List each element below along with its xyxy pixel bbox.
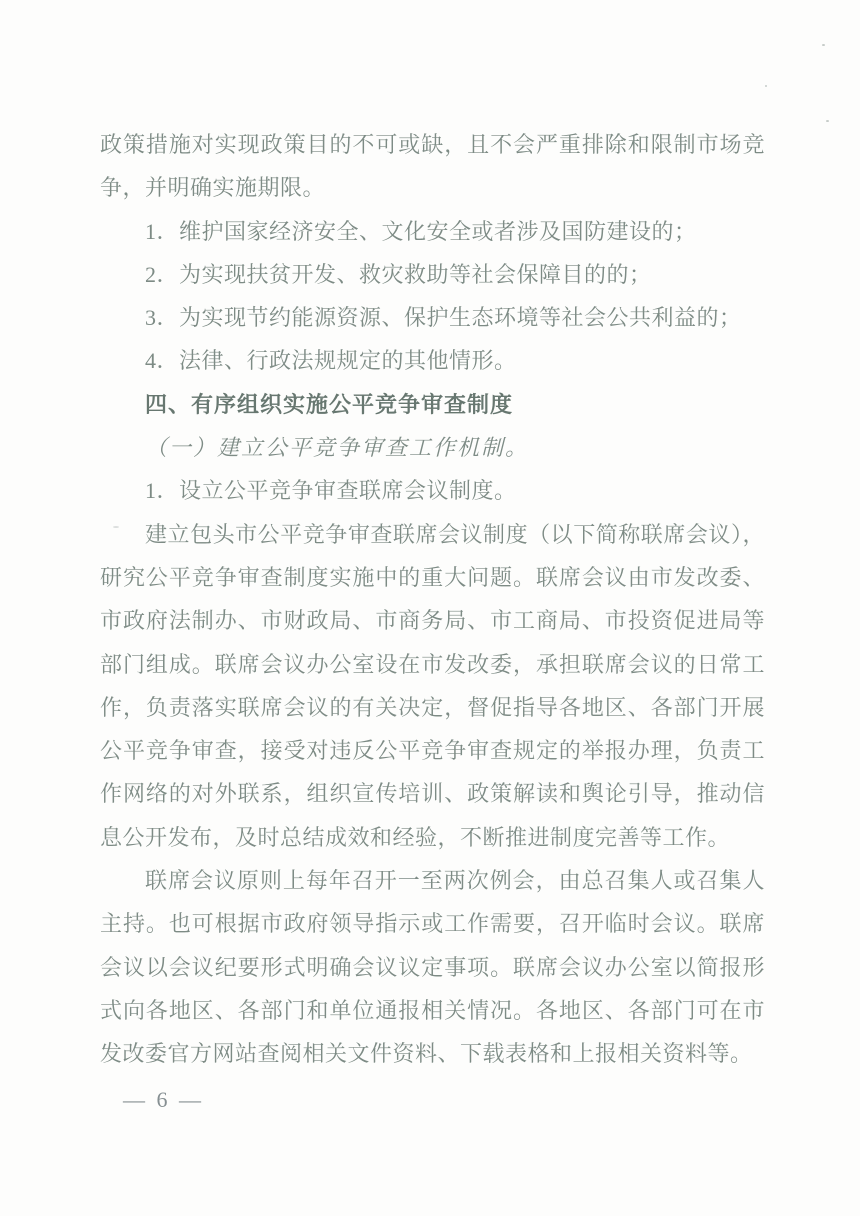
body-line: 作网络的对外联系，组织宣传培训、政策解读和舆论引导，推动信 <box>100 772 765 815</box>
body-line: 会议以会议纪要形式明确会议议定事项。联席会议办公室以简报形 <box>100 946 765 989</box>
body-line: 政策措施对实现政策目的不可或缺，且不会严重排除和限制市场竞 <box>100 123 765 166</box>
body-line: 发改委官方网站查阅相关文件资料、下载表格和上报相关资料等。 <box>100 1032 765 1075</box>
body-line: 作，负责落实联席会议的有关决定，督促指导各地区、各部门开展 <box>100 686 765 729</box>
page-number: — 6 — <box>123 1085 204 1115</box>
numbered-item: 2．为实现扶贫开发、救灾救助等社会保障目的的； <box>100 253 765 296</box>
body-line: 联席会议原则上每年召开一至两次例会，由总召集人或召集人 <box>100 859 765 902</box>
numbered-item: 1．维护国家经济安全、文化安全或者涉及国防建设的； <box>100 210 765 253</box>
body-line: 建立包头市公平竞争审查联席会议制度（以下简称联席会议）， <box>100 513 765 556</box>
body-line: 研究公平竞争审查制度实施中的重大问题。联席会议由市发改委、 <box>100 556 765 599</box>
numbered-item: 1．设立公平竞争审查联席会议制度。 <box>100 469 765 512</box>
body-line: 式向各地区、各部门和单位通报相关情况。各地区、各部门可在市 <box>100 989 765 1032</box>
body-line: 主持。也可根据市政府领导指示或工作需要，召开临时会议。联席 <box>100 902 765 945</box>
numbered-item: 4．法律、行政法规规定的其他情形。 <box>100 339 765 382</box>
scan-speckle <box>765 85 767 87</box>
subsection-heading: （一）建立公平竞争审查工作机制。 <box>100 426 765 469</box>
document-text-block: 政策措施对实现政策目的不可或缺，且不会严重排除和限制市场竞争，并明确实施期限。1… <box>100 123 765 1076</box>
scanned-document-page: 政策措施对实现政策目的不可或缺，且不会严重排除和限制市场竞争，并明确实施期限。1… <box>0 0 860 1216</box>
body-line: 市政府法制办、市财政局、市商务局、市工商局、市投资促进局等 <box>100 599 765 642</box>
section-heading: 四、有序组织实施公平竞争审查制度 <box>100 383 765 426</box>
numbered-item: 3．为实现节约能源资源、保护生态环境等社会公共利益的； <box>100 296 765 339</box>
scan-speckle <box>826 120 829 122</box>
scan-speckle <box>822 44 825 46</box>
body-line: 争，并明确实施期限。 <box>100 166 765 209</box>
body-line: 部门组成。联席会议办公室设在市发改委，承担联席会议的日常工 <box>100 643 765 686</box>
body-line: 公平竞争审查，接受对违反公平竞争审查规定的举报办理，负责工 <box>100 729 765 772</box>
body-line: 息公开发布，及时总结成效和经验，不断推进制度完善等工作。 <box>100 816 765 859</box>
